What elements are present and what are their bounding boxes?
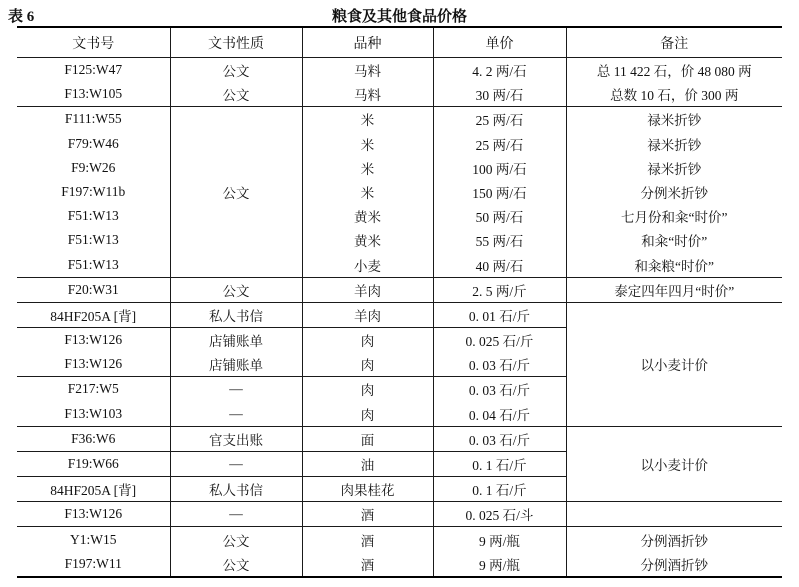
cell-unit-price: 9 两/瓶 bbox=[433, 552, 566, 577]
page: { "header": { "table_label": "表 6", "tit… bbox=[0, 0, 799, 587]
cell-remark: 七月份和籴“时价” bbox=[566, 204, 782, 228]
cell-doc-nature-merged: 公文 bbox=[170, 107, 302, 277]
column-header-commodity: 品种 bbox=[302, 27, 433, 58]
cell-commodity: 肉 bbox=[302, 402, 433, 427]
cell-doc-nature: — bbox=[170, 451, 302, 476]
cell-doc-nature: — bbox=[170, 402, 302, 427]
cell-unit-price: 0. 025 石/斤 bbox=[433, 327, 566, 352]
cell-doc-number: F13:W103 bbox=[17, 402, 170, 427]
cell-doc-nature: 店铺账单 bbox=[170, 327, 302, 352]
cell-commodity: 肉果桂花 bbox=[302, 477, 433, 502]
cell-unit-price: 0. 025 石/斗 bbox=[433, 502, 566, 527]
cell-doc-number: F125:W47 bbox=[17, 58, 170, 83]
cell-doc-number: F13:W126 bbox=[17, 502, 170, 527]
title-bar: 表 6 粮食及其他食品价格 bbox=[0, 3, 799, 25]
cell-doc-number: F20:W31 bbox=[17, 277, 170, 302]
table-row: Y1:W15 公文 酒 9 两/瓶 分例酒折钞 bbox=[17, 527, 782, 552]
cell-unit-price: 50 两/石 bbox=[433, 204, 566, 228]
table-row: F197:W11b 米 150 两/石 分例米折钞 bbox=[17, 180, 782, 204]
cell-unit-price: 0. 01 石/斤 bbox=[433, 302, 566, 327]
cell-unit-price: 30 两/石 bbox=[433, 82, 566, 107]
table-row: F51:W13 黄米 50 两/石 七月份和籴“时价” bbox=[17, 204, 782, 228]
cell-commodity: 马料 bbox=[302, 58, 433, 83]
cell-remark: 禄米折钞 bbox=[566, 107, 782, 132]
cell-unit-price: 40 两/石 bbox=[433, 252, 566, 277]
cell-commodity: 肉 bbox=[302, 377, 433, 402]
cell-remark: 泰定四年四月“时价” bbox=[566, 277, 782, 302]
cell-commodity: 黄米 bbox=[302, 228, 433, 252]
cell-commodity: 米 bbox=[302, 156, 433, 180]
cell-doc-nature: 私人书信 bbox=[170, 477, 302, 502]
cell-commodity: 米 bbox=[302, 180, 433, 204]
column-header-remark: 备注 bbox=[566, 27, 782, 58]
cell-unit-price: 2. 5 两/斤 bbox=[433, 277, 566, 302]
cell-doc-nature: 公文 bbox=[170, 527, 302, 552]
cell-unit-price: 0. 03 石/斤 bbox=[433, 426, 566, 451]
cell-commodity: 酒 bbox=[302, 527, 433, 552]
cell-unit-price: 4. 2 两/石 bbox=[433, 58, 566, 83]
cell-unit-price: 0. 03 石/斤 bbox=[433, 352, 566, 377]
cell-unit-price: 0. 03 石/斤 bbox=[433, 377, 566, 402]
cell-commodity: 米 bbox=[302, 132, 433, 156]
cell-commodity: 酒 bbox=[302, 552, 433, 577]
cell-commodity: 肉 bbox=[302, 327, 433, 352]
table-row: F9:W26 米 100 两/石 禄米折钞 bbox=[17, 156, 782, 180]
table-label: 表 6 bbox=[8, 5, 34, 26]
table-row: F125:W47 公文 马料 4. 2 两/石 总 11 422 石，价 48 … bbox=[17, 58, 782, 83]
cell-remark: 禄米折钞 bbox=[566, 132, 782, 156]
cell-doc-nature: 公文 bbox=[170, 277, 302, 302]
table-row: F13:W105 公文 马料 30 两/石 总数 10 石，价 300 两 bbox=[17, 82, 782, 107]
table-row: F20:W31 公文 羊肉 2. 5 两/斤 泰定四年四月“时价” bbox=[17, 277, 782, 302]
cell-doc-number: F79:W46 bbox=[17, 132, 170, 156]
cell-unit-price: 150 两/石 bbox=[433, 180, 566, 204]
cell-unit-price: 0. 1 石/斤 bbox=[433, 451, 566, 476]
cell-remark-merged: 以小麦计价 bbox=[566, 426, 782, 502]
cell-doc-number: Y1:W15 bbox=[17, 527, 170, 552]
cell-doc-number: F197:W11b bbox=[17, 180, 170, 204]
cell-remark: 分例酒折钞 bbox=[566, 552, 782, 577]
table-row: F51:W13 小麦 40 两/石 和籴粮“时价” bbox=[17, 252, 782, 277]
cell-commodity: 米 bbox=[302, 107, 433, 132]
cell-commodity: 小麦 bbox=[302, 252, 433, 277]
cell-unit-price: 0. 04 石/斤 bbox=[433, 402, 566, 427]
cell-remark: 和籴粮“时价” bbox=[566, 252, 782, 277]
table-row: F111:W55 公文 米 25 两/石 禄米折钞 bbox=[17, 107, 782, 132]
header-row: 文书号 文书性质 品种 单价 备注 bbox=[17, 27, 782, 58]
cell-doc-number: F51:W13 bbox=[17, 252, 170, 277]
cell-remark: 分例酒折钞 bbox=[566, 527, 782, 552]
cell-doc-number: F13:W105 bbox=[17, 82, 170, 107]
cell-doc-nature: 公文 bbox=[170, 552, 302, 577]
table-row: 84HF205A [背] 私人书信 羊肉 0. 01 石/斤 以小麦计价 bbox=[17, 302, 782, 327]
column-header-doc-number: 文书号 bbox=[17, 27, 170, 58]
cell-unit-price: 25 两/石 bbox=[433, 132, 566, 156]
price-table: 文书号 文书性质 品种 单价 备注 F125:W47 公文 马料 4. 2 两/… bbox=[17, 26, 782, 578]
table-row: F79:W46 米 25 两/石 禄米折钞 bbox=[17, 132, 782, 156]
cell-remark: 总 11 422 石，价 48 080 两 bbox=[566, 58, 782, 83]
cell-commodity: 马料 bbox=[302, 82, 433, 107]
table-row: F197:W11 公文 酒 9 两/瓶 分例酒折钞 bbox=[17, 552, 782, 577]
cell-commodity: 黄米 bbox=[302, 204, 433, 228]
cell-unit-price: 55 两/石 bbox=[433, 228, 566, 252]
cell-unit-price: 100 两/石 bbox=[433, 156, 566, 180]
cell-doc-nature: 官支出账 bbox=[170, 426, 302, 451]
cell-doc-nature: 公文 bbox=[170, 58, 302, 83]
cell-doc-nature: 公文 bbox=[170, 82, 302, 107]
cell-doc-nature: 私人书信 bbox=[170, 302, 302, 327]
cell-doc-nature: — bbox=[170, 377, 302, 402]
cell-doc-nature: 店铺账单 bbox=[170, 352, 302, 377]
cell-doc-number: 84HF205A [背] bbox=[17, 302, 170, 327]
cell-doc-number: F36:W6 bbox=[17, 426, 170, 451]
table-row: F13:W126 — 酒 0. 025 石/斗 bbox=[17, 502, 782, 527]
cell-remark-merged: 以小麦计价 bbox=[566, 302, 782, 426]
cell-remark: 禄米折钞 bbox=[566, 156, 782, 180]
cell-unit-price: 0. 1 石/斤 bbox=[433, 477, 566, 502]
cell-commodity: 面 bbox=[302, 426, 433, 451]
cell-doc-number: F51:W13 bbox=[17, 204, 170, 228]
cell-doc-number: F19:W66 bbox=[17, 451, 170, 476]
cell-remark bbox=[566, 502, 782, 527]
cell-commodity: 羊肉 bbox=[302, 277, 433, 302]
cell-doc-number: F197:W11 bbox=[17, 552, 170, 577]
cell-doc-number: F51:W13 bbox=[17, 228, 170, 252]
cell-unit-price: 25 两/石 bbox=[433, 107, 566, 132]
cell-commodity: 油 bbox=[302, 451, 433, 476]
cell-commodity: 羊肉 bbox=[302, 302, 433, 327]
cell-commodity: 酒 bbox=[302, 502, 433, 527]
cell-remark: 分例米折钞 bbox=[566, 180, 782, 204]
cell-doc-nature: — bbox=[170, 502, 302, 527]
cell-remark: 和籴“时价” bbox=[566, 228, 782, 252]
cell-remark: 总数 10 石，价 300 两 bbox=[566, 82, 782, 107]
cell-doc-number: 84HF205A [背] bbox=[17, 477, 170, 502]
cell-doc-number: F13:W126 bbox=[17, 352, 170, 377]
table-row: F36:W6 官支出账 面 0. 03 石/斤 以小麦计价 bbox=[17, 426, 782, 451]
column-header-doc-nature: 文书性质 bbox=[170, 27, 302, 58]
column-header-unit-price: 单价 bbox=[433, 27, 566, 58]
page-title: 粮食及其他食品价格 bbox=[0, 3, 799, 26]
cell-doc-number: F111:W55 bbox=[17, 107, 170, 132]
cell-unit-price: 9 两/瓶 bbox=[433, 527, 566, 552]
cell-doc-number: F13:W126 bbox=[17, 327, 170, 352]
cell-doc-number: F9:W26 bbox=[17, 156, 170, 180]
cell-doc-number: F217:W5 bbox=[17, 377, 170, 402]
table-row: F51:W13 黄米 55 两/石 和籴“时价” bbox=[17, 228, 782, 252]
cell-commodity: 肉 bbox=[302, 352, 433, 377]
